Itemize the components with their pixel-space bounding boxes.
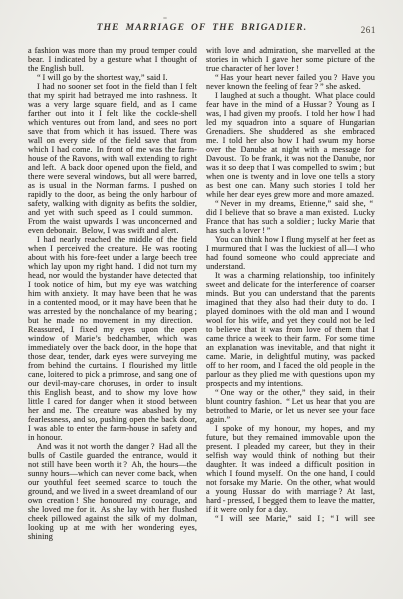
paragraph: “ Never in my dreams, Etienne,” said she… <box>206 199 375 235</box>
paragraph: “ One way or the other,” they said, in t… <box>206 388 375 424</box>
paragraph: a fashion was more than my proud temper … <box>28 46 197 73</box>
paragraph: You can think how I flung myself at her … <box>206 235 375 271</box>
page-header: THE MARRIAGE OF THE BRIGADIER. 261 <box>28 23 376 37</box>
paragraph: I had no sooner set foot in the field th… <box>28 82 197 235</box>
scan-speck <box>163 17 167 19</box>
paragraph: “ Has your heart never failed you ? Have… <box>206 73 375 91</box>
paragraph: I spoke of my honour, my hopes, and my f… <box>206 424 375 514</box>
paragraph: I had nearly reached the middle of the f… <box>28 235 197 442</box>
left-column: a fashion was more than my proud temper … <box>28 46 197 541</box>
book-page: THE MARRIAGE OF THE BRIGADIER. 261 a fas… <box>0 0 403 599</box>
paragraph: “ I will see Marie,” said I ; “ I will s… <box>206 514 375 523</box>
paragraph: “ I will go by the shortest way,” said I… <box>28 73 197 82</box>
page-number: 261 <box>361 25 376 35</box>
text-columns: a fashion was more than my proud temper … <box>28 46 375 541</box>
paragraph: And was it not worth the danger ? Had al… <box>28 442 197 541</box>
paragraph: with love and admiration, she marvelled … <box>206 46 375 73</box>
paragraph: It was a charming relationship, too infi… <box>206 271 375 388</box>
running-title: THE MARRIAGE OF THE BRIGADIER. <box>97 23 307 33</box>
right-column: with love and admiration, she marvelled … <box>206 46 375 541</box>
paragraph: I laughed at such a thought. What place … <box>206 91 375 199</box>
